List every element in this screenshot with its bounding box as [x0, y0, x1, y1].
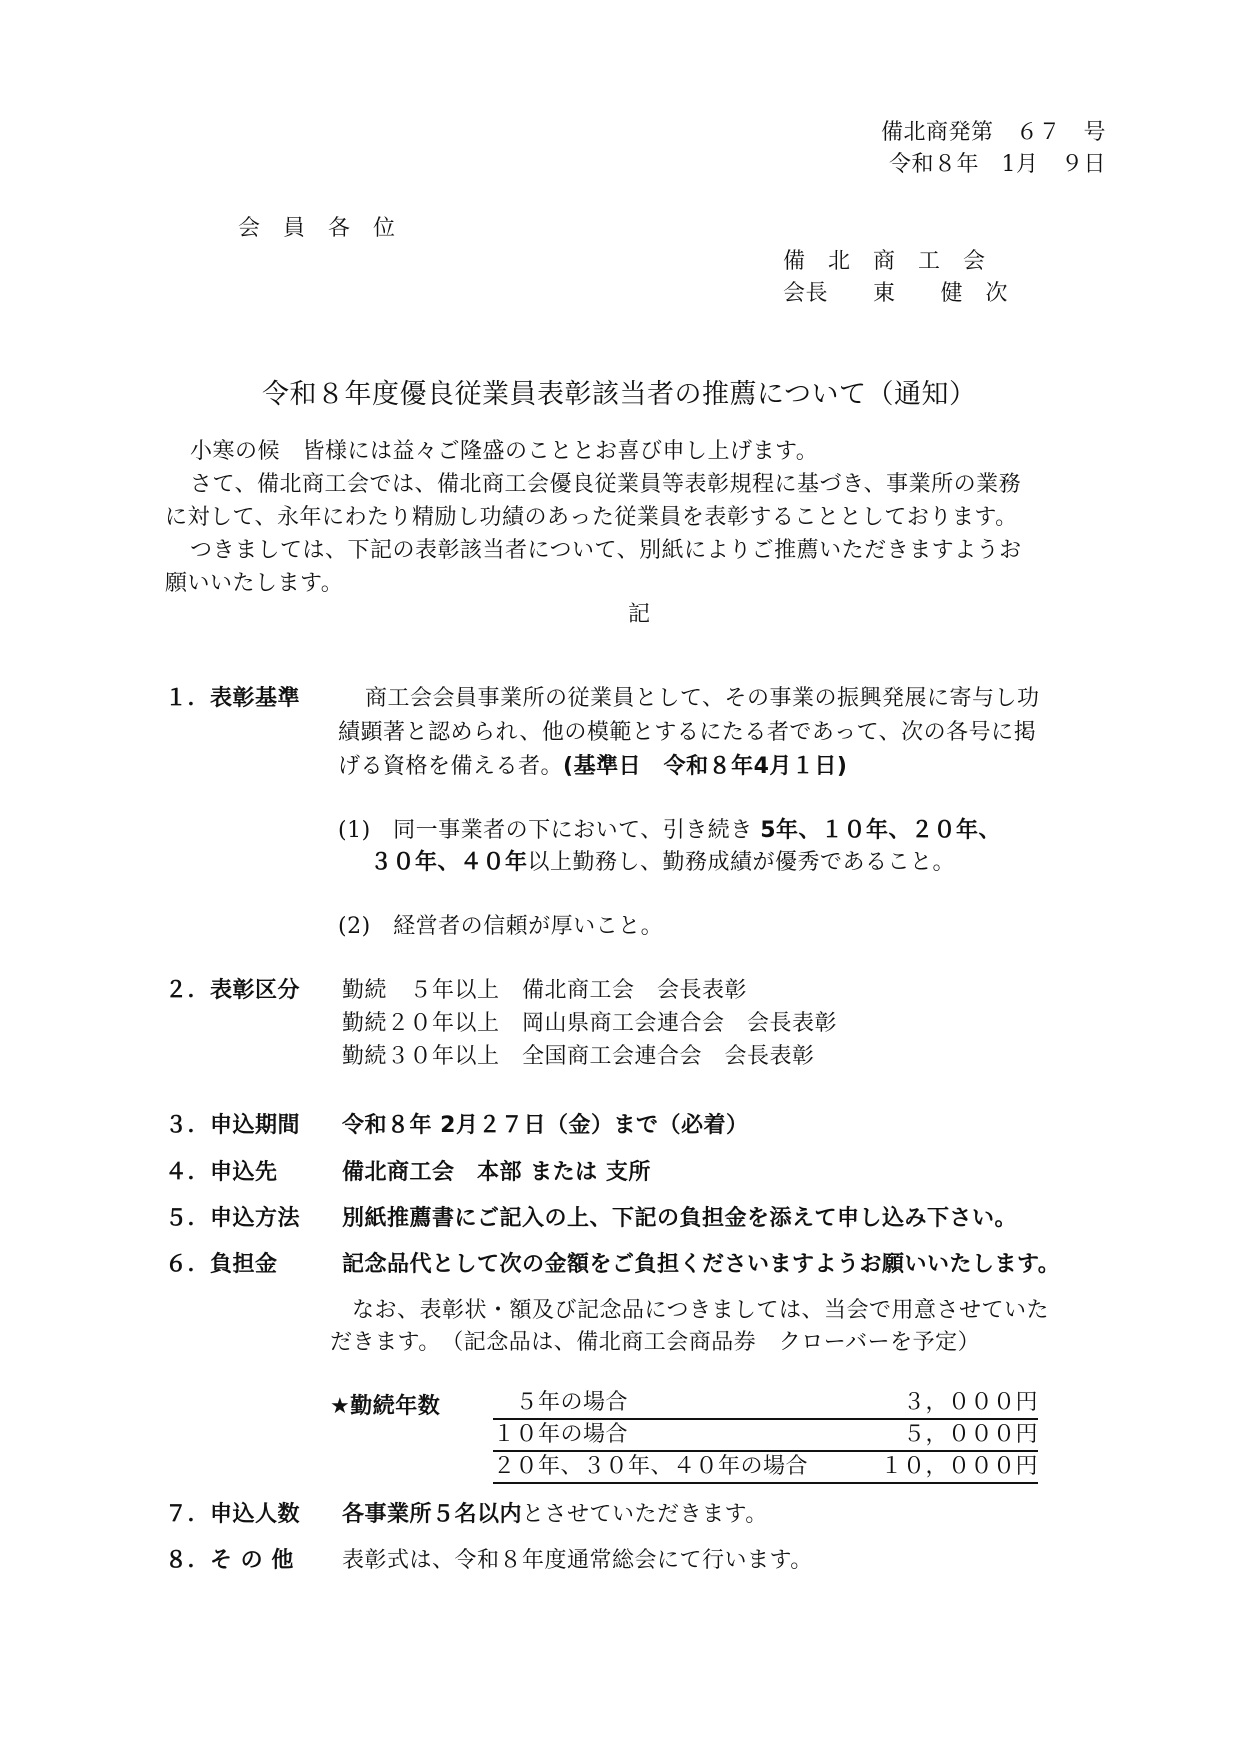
- criteria-item-1-prefix: (1) 同一事業者の下において、引き続き: [338, 818, 753, 843]
- applicant-limit: 各事業所５名以内とさせていただきます。: [342, 1500, 768, 1530]
- sender-org: 備 北 商 工 会: [783, 247, 986, 277]
- intro-line: さて、備北商工会では、備北商工会優良従業員等表彰規程に基づき、事業所の業務: [190, 470, 1021, 500]
- application-method: 別紙推薦書にご記入の上、下記の負担金を添えて申し込み下さい。: [342, 1204, 1017, 1234]
- fee-amount: １０，０００円: [880, 1452, 1038, 1482]
- section-1-line: 商工会会員事業所の従業員として、その事業の振興発展に寄与し功: [365, 684, 1040, 714]
- fee-amount: ３，０００円: [903, 1388, 1038, 1418]
- intro-line: に対して、永年にわたり精励し功績のあった従業員を表彰することとしております。: [165, 503, 1018, 533]
- intro-line: つきましては、下記の表彰該当者について、別紙によりご推薦いただきますようお: [190, 536, 1022, 566]
- section-1-line: げる資格を備える者。(基準日 令和８年4月１日): [338, 752, 847, 782]
- fee-row: ２０年、３０年、４０年の場合 １０，０００円: [493, 1452, 1038, 1484]
- award-category: 勤続２０年以上 岡山県商工会連合会 会長表彰: [342, 1009, 837, 1039]
- ki-heading: 記: [628, 600, 651, 630]
- section-2-label: ２．表彰区分: [165, 976, 300, 1006]
- sender-name: 会長 東 健 次: [783, 279, 1008, 309]
- base-date: (基準日 令和８年4月１日): [563, 754, 847, 779]
- fee-note: だきます。 （記念品は、備北商工会商品券 クローバーを予定）: [330, 1328, 980, 1358]
- recipient: 会 員 各 位: [238, 214, 396, 244]
- applicant-limit-bold: 各事業所５名以内: [342, 1502, 522, 1527]
- other-info: 表彰式は、令和８年度通常総会にて行います。: [342, 1546, 813, 1576]
- criteria-item-1-suffix: 以上勤務し、勤務成績が優秀であること。: [528, 850, 956, 875]
- fee-row: １０年の場合 ５，０００円: [493, 1420, 1038, 1452]
- fee-row: ５年の場合 ３，０００円: [493, 1388, 1038, 1420]
- page-title: 令和８年度優良従業員表彰該当者の推薦について（通知）: [262, 372, 976, 411]
- criteria-years: 5年、１０年、２０年、: [760, 818, 1001, 843]
- section-4-label: ４．申込先: [165, 1158, 278, 1188]
- application-destination: 備北商工会 本部 または 支所: [342, 1158, 651, 1188]
- criteria-item-1-cont: ３０年、４０年以上勤務し、勤務成績が優秀であること。: [370, 848, 955, 878]
- fee-text: 記念品代として次の金額をご負担くださいますようお願いいたします。: [342, 1250, 1060, 1280]
- criteria-item-1: (1) 同一事業者の下において、引き続き 5年、１０年、２０年、: [338, 816, 1001, 846]
- applicant-limit-rest: とさせていただきます。: [522, 1502, 768, 1527]
- award-category: 勤続 ５年以上 備北商工会 会長表彰: [342, 976, 747, 1006]
- doc-number: 備北商発第 ６７ 号: [881, 118, 1106, 148]
- criteria-item-2: (2) 経営者の信頼が厚いこと。: [338, 912, 663, 942]
- section-6-label: ６．負担金: [165, 1250, 278, 1280]
- section-8-label: ８．そ の 他: [165, 1546, 294, 1576]
- award-category: 勤続３０年以上 全国商工会連合会 会長表彰: [342, 1042, 815, 1072]
- fee-case: ５年の場合: [493, 1388, 628, 1418]
- criteria-years: ３０年、４０年: [370, 850, 528, 875]
- intro-line: 願いいたします。: [165, 569, 343, 599]
- fee-note: なお、表彰状・額及び記念品につきましては、当会で用意させていた: [352, 1296, 1049, 1326]
- fee-case: ２０年、３０年、４０年の場合: [493, 1452, 808, 1482]
- fee-amount: ５，０００円: [903, 1420, 1038, 1450]
- application-period: 令和８年 2月２７日（金）まで（必着）: [342, 1111, 748, 1141]
- section-1-line: 績顕著と認められ、他の模範とするにたる者であって、次の各号に掲: [338, 718, 1036, 748]
- fee-table: ５年の場合 ３，０００円 １０年の場合 ５，０００円 ２０年、３０年、４０年の場…: [493, 1388, 1038, 1484]
- section-1-line-text: げる資格を備える者。: [338, 754, 563, 779]
- fee-case: １０年の場合: [493, 1420, 628, 1450]
- doc-date: 令和８年 1月 ９日: [889, 150, 1106, 180]
- section-3-label: ３．申込期間: [165, 1111, 300, 1141]
- intro-line: 小寒の候 皆様には益々ご隆盛のこととお喜び申し上げます。: [190, 437, 818, 467]
- section-1-label: １．表彰基準: [165, 684, 300, 714]
- fee-table-label: ★勤続年数: [330, 1392, 440, 1422]
- section-5-label: ５．申込方法: [165, 1204, 300, 1234]
- section-7-label: ７．申込人数: [165, 1500, 300, 1530]
